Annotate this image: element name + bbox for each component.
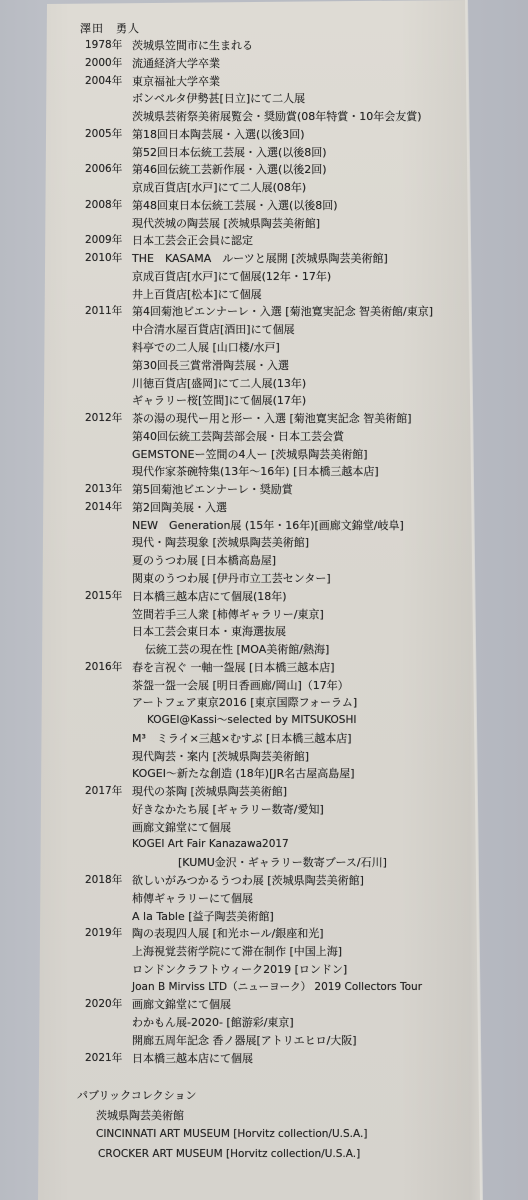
- career-entry: KOGEI～新たな創造 (18年)[JR名古屋高島屋]: [132, 765, 355, 783]
- career-entry: 茨城県芸術祭美術展覧会・奨励賞(08年特賞・10年会友賞): [132, 108, 422, 126]
- career-row: 現代・陶芸現象 [茨城県陶芸美術館]: [0, 534, 528, 552]
- career-year: 2000年: [85, 55, 122, 73]
- career-row: 2021年日本橋三越本店にて個展: [0, 1050, 528, 1068]
- career-year: 2006年: [85, 161, 122, 179]
- career-entry: 陶の表現四人展 [和光ホール/銀座和光]: [132, 925, 324, 943]
- career-row: 京成百貨店[水戸]にて二人展(08年): [0, 179, 528, 197]
- career-entry: 茶の湯の現代ー用と形ー・入選 [菊池寛実記念 智美術館]: [132, 410, 412, 428]
- career-row: 川徳百貨店[盛岡]にて二人展(13年): [0, 375, 528, 393]
- career-entry: 画廊文錦堂にて個展: [132, 996, 231, 1014]
- career-row: 第30回長三賞常滑陶芸展・入選: [0, 357, 528, 375]
- career-entry: 第5回菊池ビエンナーレ・奨励賞: [132, 481, 293, 499]
- career-row: 開廊五周年記念 香ノ器展[アトリエヒロ/大阪]: [0, 1032, 528, 1050]
- collection-item-label: 茨城県陶芸美術館: [96, 1106, 184, 1126]
- career-row: 茨城県芸術祭美術展覧会・奨励賞(08年特賞・10年会友賞): [0, 108, 528, 126]
- career-row: 2011年第4回菊池ビエンナーレ・入選 [菊池寛実記念 智美術館/東京]: [0, 303, 528, 321]
- career-year: 2015年: [85, 588, 122, 606]
- career-entry: ロンドンクラフトウィーク2019 [ロンドン]: [132, 961, 347, 979]
- career-entry: Joan B Mirviss LTD（ニューヨーク） 2019 Collecto…: [132, 979, 422, 997]
- collection-item: 茨城県陶芸美術館: [0, 1106, 528, 1126]
- career-row: 2017年現代の茶陶 [茨城県陶芸美術館]: [0, 783, 528, 801]
- career-row: 柿傳ギャラリーにて個展: [0, 890, 528, 908]
- career-entry: 第48回東日本伝統工芸展・入選(以後8回): [132, 197, 338, 215]
- career-row: 料亭での二人展 [山口楼/水戸]: [0, 339, 528, 357]
- career-row: Joan B Mirviss LTD（ニューヨーク） 2019 Collecto…: [0, 979, 528, 997]
- career-row: アートフェア東京2016 [東京国際フォーラム]: [0, 694, 528, 712]
- career-row: 2005年第18回日本陶芸展・入選(以後3回): [0, 126, 528, 144]
- career-row: NEW Generation展 (15年・16年)[画廊文錦堂/岐阜]: [0, 517, 528, 535]
- career-row: ボンベルタ伊勢甚[日立]にて二人展: [0, 90, 528, 108]
- career-row: 現代作家茶碗特集(13年～16年) [日本橋三越本店]: [0, 463, 528, 481]
- career-entry: 流通経済大学卒業: [132, 55, 220, 73]
- career-row: 関東のうつわ展 [伊丹市立工芸センター]: [0, 570, 528, 588]
- career-entry: わかもん展-2020- [館游彩/東京]: [132, 1014, 294, 1032]
- career-year: 2013年: [85, 481, 122, 499]
- career-entry: 第18回日本陶芸展・入選(以後3回): [132, 126, 305, 144]
- career-entry: 第4回菊池ビエンナーレ・入選 [菊池寛実記念 智美術館/東京]: [132, 303, 433, 321]
- career-entry: 中合清水屋百貨店[酒田]にて個展: [132, 321, 295, 339]
- career-entry: 第2回陶美展・入選: [132, 499, 227, 517]
- career-row: KOGEI～新たな創造 (18年)[JR名古屋高島屋]: [0, 765, 528, 783]
- career-entry: 京成百貨店[水戸]にて個展(12年・17年): [132, 268, 331, 286]
- career-year: 2011年: [85, 303, 122, 321]
- career-entry: 夏のうつわ展 [日本橋高島屋]: [132, 552, 276, 570]
- career-row: 2015年日本橋三越本店にて個展(18年): [0, 588, 528, 606]
- collection-item: CINCINNATI ART MUSEUM [Horvitz collectio…: [0, 1125, 528, 1145]
- career-entry: 上海視覚芸術学院にて滞在制作 [中国上海]: [132, 943, 342, 961]
- artist-name: 澤田 勇人: [80, 20, 140, 38]
- career-row: 第52回日本伝統工芸展・入選(以後8回): [0, 144, 528, 162]
- career-row: KOGEI@Kassi～selected by MITSUKOSHI: [0, 712, 528, 730]
- career-entry: 川徳百貨店[盛岡]にて二人展(13年): [132, 375, 306, 393]
- career-row: 夏のうつわ展 [日本橋高島屋]: [0, 552, 528, 570]
- career-entry: 柿傳ギャラリーにて個展: [132, 890, 253, 908]
- career-row: 2010年THE KASAMA ルーツと展開 [茨城県陶芸美術館]: [0, 250, 528, 268]
- career-year: 2017年: [85, 783, 122, 801]
- career-row: A la Table [益子陶芸美術館]: [0, 908, 528, 926]
- career-entry: 第46回伝統工芸新作展・入選(以後2回): [132, 161, 327, 179]
- career-entry: 欲しいがみつかるうつわ展 [茨城県陶芸美術館]: [132, 872, 364, 890]
- career-entry: ボンベルタ伊勢甚[日立]にて二人展: [132, 90, 305, 108]
- career-row: M³ ミライ×三越×むすぶ [日本橋三越本店]: [0, 730, 528, 748]
- career-entry: 開廊五周年記念 香ノ器展[アトリエヒロ/大阪]: [132, 1032, 357, 1050]
- career-list: 1978年茨城県笠間市に生まれる 2000年流通経済大学卒業 2004年東京福祉…: [0, 37, 528, 1067]
- career-row: 2012年茶の湯の現代ー用と形ー・入選 [菊池寛実記念 智美術館]: [0, 410, 528, 428]
- career-row: 2008年第48回東日本伝統工芸展・入選(以後8回): [0, 197, 528, 215]
- career-row: GEMSTONEー笠間の4人ー [茨城県陶芸美術館]: [0, 446, 528, 464]
- career-row: 好きなかたち展 [ギャラリー数寄/愛知]: [0, 801, 528, 819]
- career-year: 2021年: [85, 1050, 122, 1068]
- career-row: [KUMU金沢・ギャラリー数寄ブース/石川]: [0, 854, 528, 872]
- career-entry: 春を言祝ぐ 一軸一盌展 [日本橋三越本店]: [132, 659, 335, 677]
- career-entry: KOGEI Art Fair Kanazawa2017: [132, 836, 289, 854]
- career-row: 中合清水屋百貨店[酒田]にて個展: [0, 321, 528, 339]
- career-entry: 井上百貨店[松本]にて個展: [132, 286, 262, 304]
- career-entry: 日本橋三越本店にて個展: [132, 1050, 253, 1068]
- career-entry: NEW Generation展 (15年・16年)[画廊文錦堂/岐阜]: [132, 517, 404, 535]
- career-year: 2009年: [85, 232, 122, 250]
- career-row: 2014年第2回陶美展・入選: [0, 499, 528, 517]
- career-year: 2004年: [85, 73, 122, 91]
- career-entry: M³ ミライ×三越×むすぶ [日本橋三越本店]: [132, 730, 352, 748]
- career-row: 2013年第5回菊池ビエンナーレ・奨励賞: [0, 481, 528, 499]
- career-entry: 料亭での二人展 [山口楼/水戸]: [132, 339, 280, 357]
- career-row: 2004年東京福祉大学卒業: [0, 73, 528, 91]
- collection-item-label: CROCKER ART MUSEUM [Horvitz collection/U…: [98, 1145, 360, 1165]
- career-year: 1978年: [85, 37, 122, 55]
- career-entry: 茶盌一盌一会展 [明日香画廊/岡山]（17年）: [132, 677, 349, 695]
- career-row: わかもん展-2020- [館游彩/東京]: [0, 1014, 528, 1032]
- career-entry: ギャラリー桜[笠間]にて個展(17年): [132, 392, 306, 410]
- career-entry: 日本橋三越本店にて個展(18年): [132, 588, 287, 606]
- career-entry: 京成百貨店[水戸]にて二人展(08年): [132, 179, 306, 197]
- career-row: 2006年第46回伝統工芸新作展・入選(以後2回): [0, 161, 528, 179]
- career-row: 2020年画廊文錦堂にて個展: [0, 996, 528, 1014]
- career-row: ロンドンクラフトウィーク2019 [ロンドン]: [0, 961, 528, 979]
- career-entry: GEMSTONEー笠間の4人ー [茨城県陶芸美術館]: [132, 446, 368, 464]
- career-row: 茶盌一盌一会展 [明日香画廊/岡山]（17年）: [0, 677, 528, 695]
- public-collection-heading: パブリックコレクション: [77, 1086, 196, 1106]
- career-entry: 現代茨城の陶芸展 [茨城県陶芸美術館]: [132, 215, 320, 233]
- career-entry: 茨城県笠間市に生まれる: [132, 37, 253, 55]
- career-entry: 現代の茶陶 [茨城県陶芸美術館]: [132, 783, 287, 801]
- career-entry: 現代陶芸・案内 [茨城県陶芸美術館]: [132, 748, 309, 766]
- career-row: 2019年陶の表現四人展 [和光ホール/銀座和光]: [0, 925, 528, 943]
- career-row: 2009年日本工芸会正会員に認定: [0, 232, 528, 250]
- career-entry: アートフェア東京2016 [東京国際フォーラム]: [132, 694, 357, 712]
- collection-item: CROCKER ART MUSEUM [Horvitz collection/U…: [0, 1145, 528, 1165]
- collection-item-label: CINCINNATI ART MUSEUM [Horvitz collectio…: [96, 1125, 367, 1145]
- career-year: 2019年: [85, 925, 122, 943]
- career-row: 伝統工芸の現在性 [MOA美術館/熱海]: [0, 641, 528, 659]
- career-row: 2000年流通経済大学卒業: [0, 55, 528, 73]
- career-year: 2018年: [85, 872, 122, 890]
- career-row: 2016年春を言祝ぐ 一軸一盌展 [日本橋三越本店]: [0, 659, 528, 677]
- public-collection-section: パブリックコレクション 茨城県陶芸美術館 CINCINNATI ART MUSE…: [0, 1086, 528, 1164]
- career-entry: 現代・陶芸現象 [茨城県陶芸美術館]: [132, 534, 309, 552]
- career-row: KOGEI Art Fair Kanazawa2017: [0, 836, 528, 854]
- career-entry: 第30回長三賞常滑陶芸展・入選: [132, 357, 289, 375]
- career-entry: 第40回伝統工芸陶芸部会展・日本工芸会賞: [132, 428, 344, 446]
- career-entry: 日本工芸会正会員に認定: [132, 232, 253, 250]
- career-entry: 現代作家茶碗特集(13年～16年) [日本橋三越本店]: [132, 463, 379, 481]
- career-year: 2005年: [85, 126, 122, 144]
- career-year: 2020年: [85, 996, 122, 1014]
- career-entry: 好きなかたち展 [ギャラリー数寄/愛知]: [132, 801, 324, 819]
- career-row: 画廊文錦堂にて個展: [0, 819, 528, 837]
- career-entry: 東京福祉大学卒業: [132, 73, 220, 91]
- career-row: 2018年欲しいがみつかるうつわ展 [茨城県陶芸美術館]: [0, 872, 528, 890]
- career-entry: [KUMU金沢・ギャラリー数寄ブース/石川]: [178, 854, 387, 872]
- career-entry: 第52回日本伝統工芸展・入選(以後8回): [132, 144, 327, 162]
- career-row: 笠間若手三人衆 [柿傳ギャラリー/東京]: [0, 606, 528, 624]
- career-year: 2012年: [85, 410, 122, 428]
- career-entry: 関東のうつわ展 [伊丹市立工芸センター]: [132, 570, 331, 588]
- career-entry: A la Table [益子陶芸美術館]: [132, 908, 274, 926]
- career-year: 2008年: [85, 197, 122, 215]
- career-row: ギャラリー桜[笠間]にて個展(17年): [0, 392, 528, 410]
- career-entry: KOGEI@Kassi～selected by MITSUKOSHI: [147, 712, 356, 730]
- career-year: 2016年: [85, 659, 122, 677]
- career-row: 日本工芸会東日本・東海選抜展: [0, 623, 528, 641]
- career-row: 上海視覚芸術学院にて滞在制作 [中国上海]: [0, 943, 528, 961]
- career-row: 現代陶芸・案内 [茨城県陶芸美術館]: [0, 748, 528, 766]
- career-row: 第40回伝統工芸陶芸部会展・日本工芸会賞: [0, 428, 528, 446]
- public-collection-heading-row: パブリックコレクション: [0, 1086, 528, 1106]
- career-row: 京成百貨店[水戸]にて個展(12年・17年): [0, 268, 528, 286]
- career-year: 2010年: [85, 250, 122, 268]
- career-row: 1978年茨城県笠間市に生まれる: [0, 37, 528, 55]
- career-entry: 伝統工芸の現在性 [MOA美術館/熱海]: [145, 641, 329, 659]
- career-entry: 笠間若手三人衆 [柿傳ギャラリー/東京]: [132, 606, 324, 624]
- career-entry: 日本工芸会東日本・東海選抜展: [132, 623, 286, 641]
- career-year: 2014年: [85, 499, 122, 517]
- career-entry: 画廊文錦堂にて個展: [132, 819, 231, 837]
- career-row: 井上百貨店[松本]にて個展: [0, 286, 528, 304]
- career-entry: THE KASAMA ルーツと展開 [茨城県陶芸美術館]: [132, 250, 388, 268]
- career-row: 現代茨城の陶芸展 [茨城県陶芸美術館]: [0, 215, 528, 233]
